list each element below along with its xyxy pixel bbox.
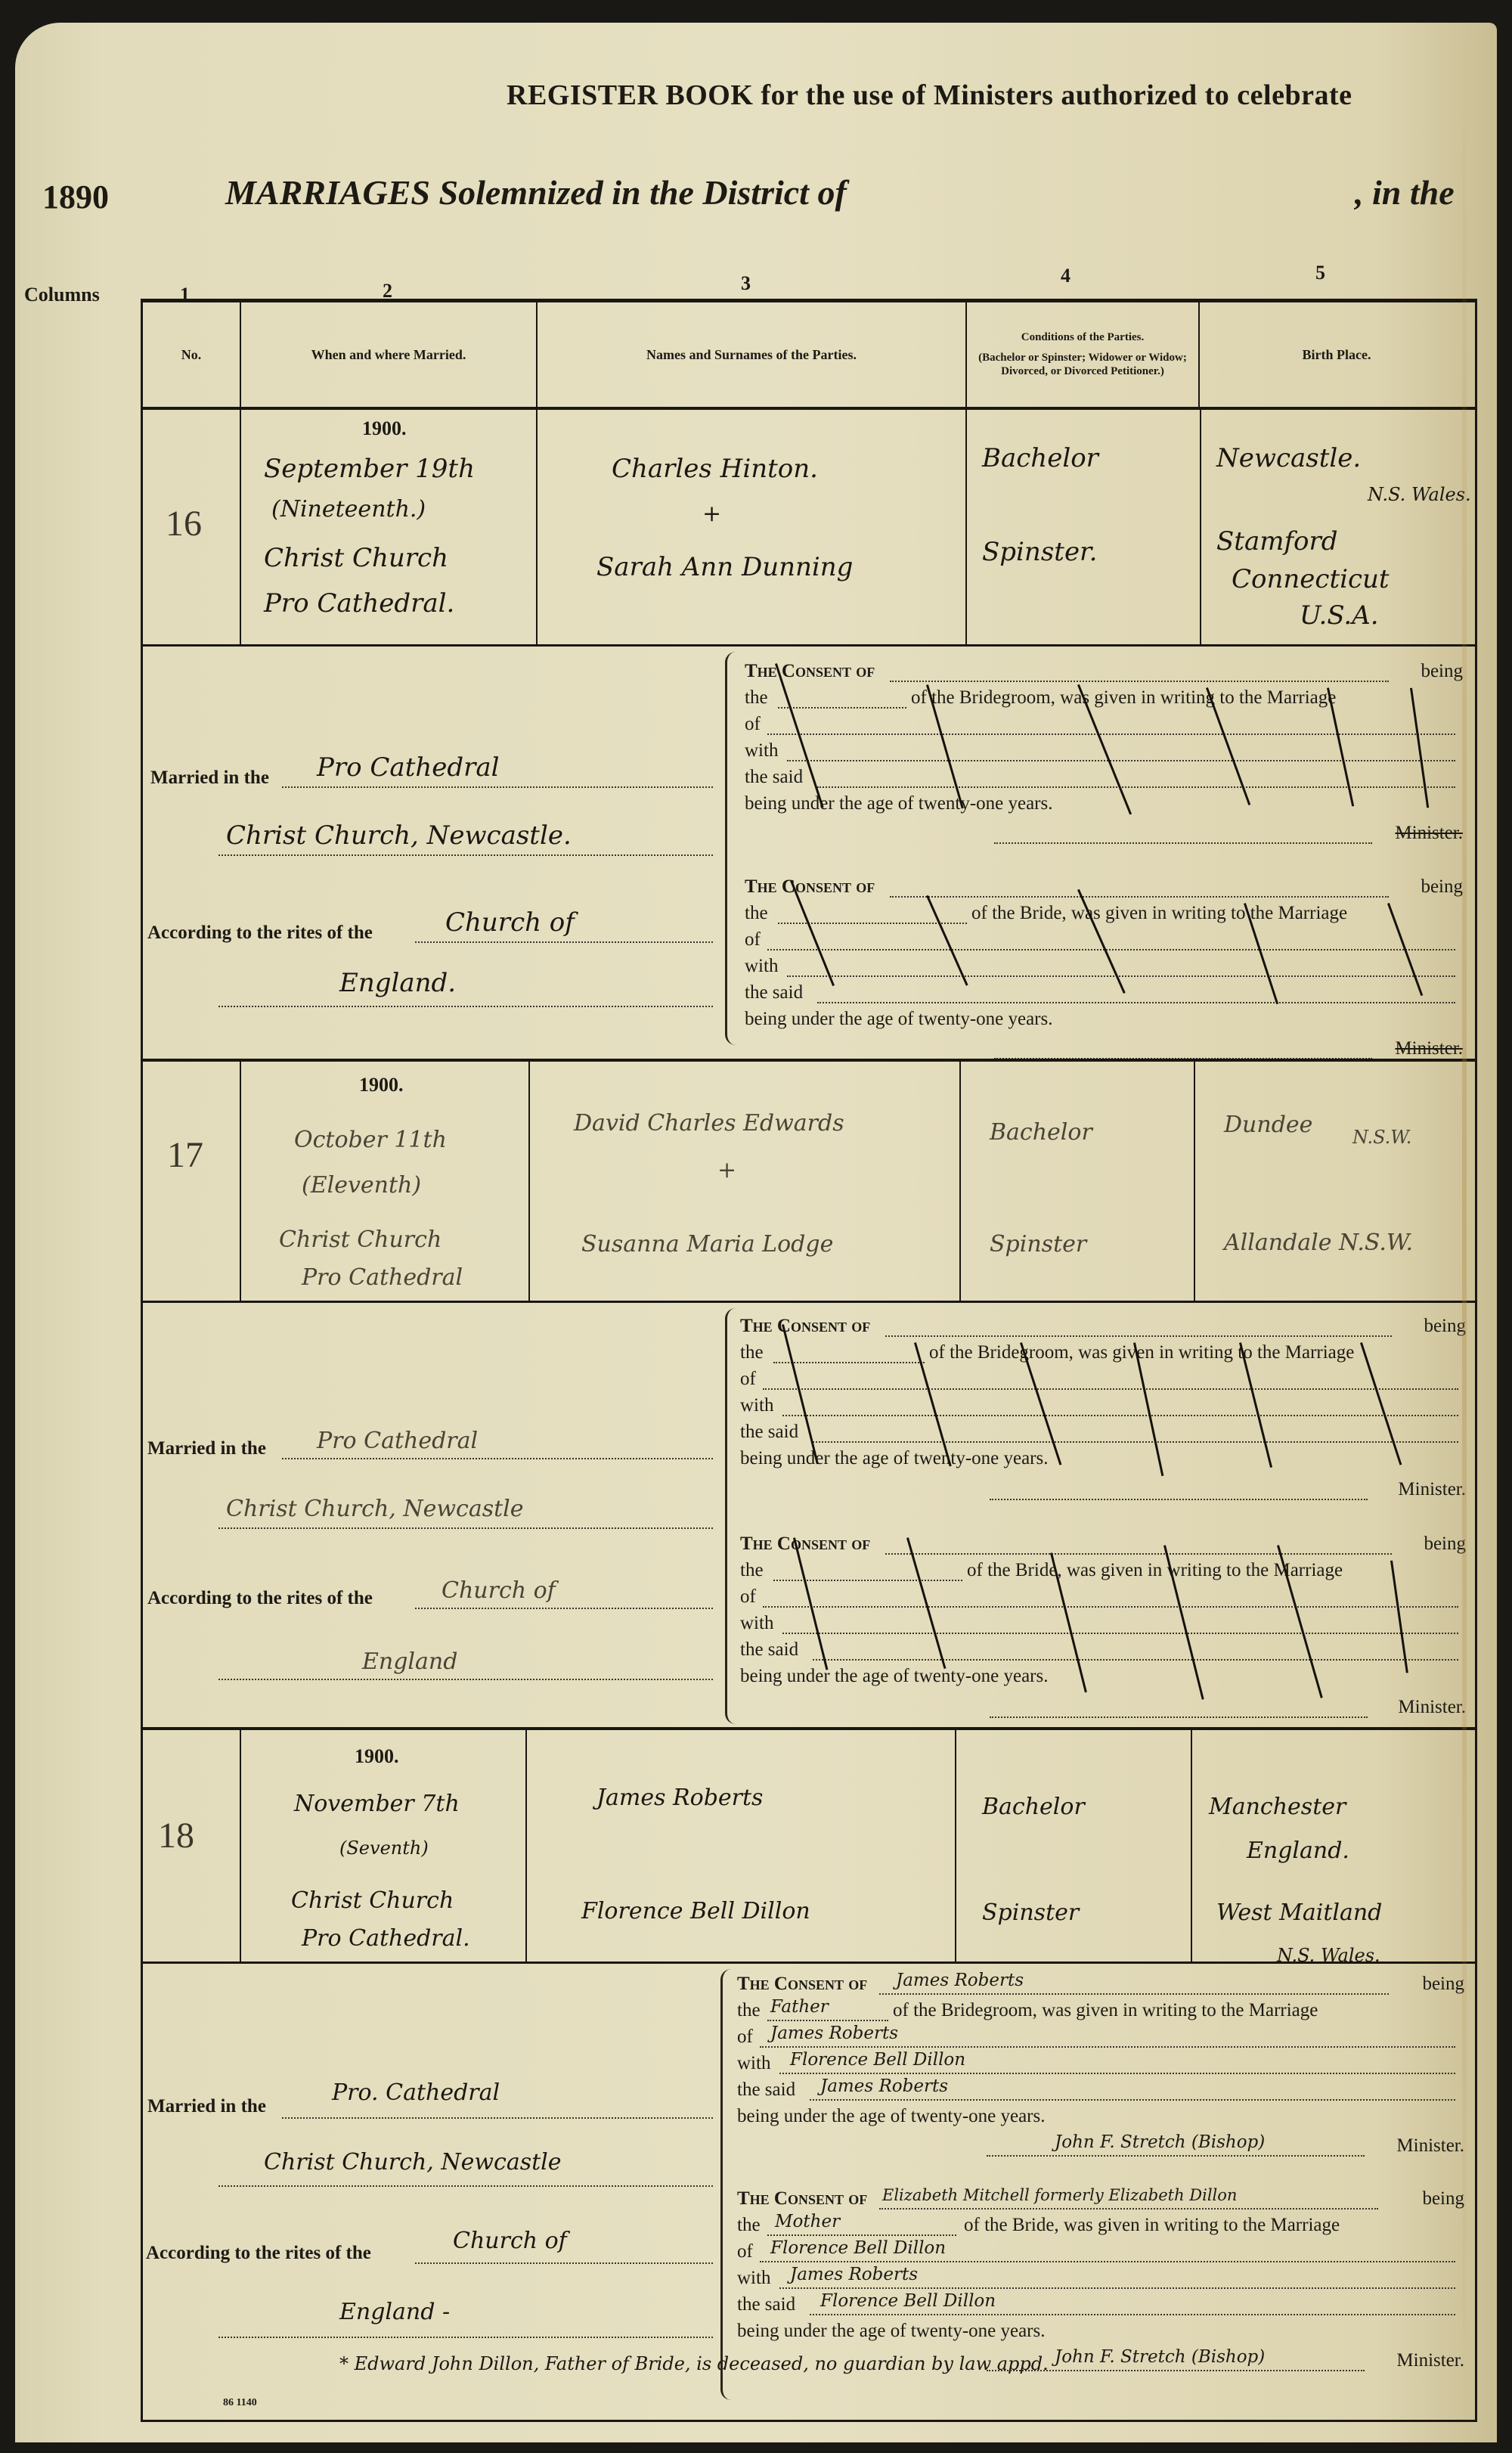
of-label: of [745,929,761,950]
rites-label: According to the rites of the [147,923,373,944]
bride-condition: Spinster. [982,537,1097,567]
consent-the-said: Florence Bell Dillon [820,2288,996,2315]
with-line [787,975,1455,977]
rites-value: Church of [442,1577,556,1604]
being-label: being [1422,2185,1464,2212]
col-divider [955,1730,956,1961]
bride-name: Susanna Maria Lodge [581,1231,833,1258]
the-label: the [740,1342,764,1363]
the-label: the [737,2215,761,2235]
marriage-date-words: (Eleventh) [302,1172,421,1199]
row-divider [143,1961,1475,1964]
bride-birth-place: West Maitland [1216,1899,1382,1926]
married-in-value-line2: Christ Church, Newcastle. [226,820,572,851]
consent-of-label: The Consent of [737,2188,867,2209]
married-in-line2 [218,854,713,856]
the-said-line [817,786,1455,788]
header-birth-place: Birth Place. [1201,302,1472,407]
bride-condition: Spinster [982,1899,1079,1926]
under-age-label: being under the age of twenty-one years. [745,1009,1052,1029]
header-conditions-title: Conditions of the Parties. [1021,330,1145,345]
minister-label: Minister. [1396,2132,1464,2159]
married-in-line [282,1458,713,1459]
bride-name: Sarah Ann Dunning [596,552,853,582]
the-said-label: the said [745,767,803,787]
consent-of-label: The Consent of [740,1534,870,1554]
the-label: the [745,687,768,708]
rites-line2 [218,1679,713,1680]
groom-name: Charles Hinton. [612,454,818,484]
minister-signature: John F. Stretch (Bishop) [1055,2129,1265,2156]
and-mark: + [702,501,721,527]
minister-label: Minister. [1396,2347,1464,2374]
row-divider [143,1301,1475,1303]
rites-value-line2: England [362,1648,457,1675]
minister-label: Minister. [1398,1694,1466,1720]
married-in-value-line2: Christ Church, Newcastle [226,1496,524,1522]
with-label: with [740,1395,773,1416]
groom-consent-block: The Consent ofbeing theof the Bridegroom… [745,658,1463,846]
bride-consent-block: The Consent ofbeing theof the Bride, was… [740,1530,1466,1720]
marriage-date: November 7th [294,1791,460,1817]
under-age-label: being under the age of twenty-one years. [740,1448,1048,1468]
with-line [782,1633,1458,1634]
being-label: being [1424,1313,1466,1339]
and-mark: + [717,1157,736,1183]
groom-consent-block: The Consent ofJames Robertsbeing theFath… [737,1971,1464,2159]
with-label: with [740,1613,773,1633]
marriage-place-line2: Pro Cathedral [302,1264,463,1291]
bride-birth-place: Allandale N.S.W. [1224,1230,1413,1256]
being-label: being [1421,658,1463,684]
married-in-label: Married in the [150,768,269,789]
married-in-line [282,2117,713,2119]
of-bride-label: of the Bride, was given in writing to th… [964,2212,1340,2238]
marriage-place-line2: Pro Cathedral. [302,1925,470,1952]
register-book-title: REGISTER BOOK for the use of Ministers a… [507,79,1352,112]
consent-giver: James Roberts [896,1968,1024,1994]
col-divider [240,408,241,644]
bride-condition: Spinster [990,1231,1086,1258]
married-in-value-line2: Christ Church, Newcastle [264,2149,562,2175]
groom-birth-place: Manchester [1209,1794,1346,1820]
groom-birth-place-region: N.S. Wales. [1368,484,1471,505]
consent-relation: Father [770,1994,829,2020]
under-age-label: being under the age of twenty-one years. [740,1666,1048,1686]
column-number-3: 3 [741,272,751,295]
marriage-register-table: No. When and where Married. Names and Su… [141,299,1477,2422]
married-in-value: Pro Cathedral [317,752,500,783]
groom-consent-block: The Consent ofbeing theof the Bridegroom… [740,1313,1466,1503]
bride-birth-place: Stamford [1216,526,1338,557]
of-label: of [745,714,761,734]
col-divider [525,1730,527,1961]
with-line [782,1415,1458,1416]
consent-line [890,896,1389,898]
with-label: with [745,956,778,976]
minister-line [990,1716,1368,1718]
bride-birth-place-country: U.S.A. [1300,600,1379,631]
rites-value: Church of [445,907,575,938]
groom-name: James Roberts [596,1785,763,1811]
consent-brace [720,1969,732,2400]
consent-brace [725,1308,736,1724]
column-number-4: 4 [1061,265,1070,287]
with-label: with [737,2053,770,2073]
of-line [763,1606,1458,1608]
under-age-label: being under the age of twenty-one years. [737,2106,1045,2126]
the-said-line [813,1659,1458,1661]
groom-name: David Charles Edwards [574,1110,844,1137]
bride-consent-block: The Consent ofbeing theof the Bride, was… [745,873,1463,1062]
entry-year: 1900. [355,1745,399,1768]
entry-year: 1900. [362,417,407,440]
the-said-label: the said [737,2294,795,2315]
consent-of-label: The Consent of [737,1974,867,1994]
of-bridegroom-label: of the Bridegroom, was given in writing … [911,684,1336,711]
marriage-date: October 11th [294,1127,447,1153]
of-label: of [737,2027,753,2047]
of-line [767,949,1455,950]
minister-line [990,1499,1368,1500]
rites-line [415,2262,713,2264]
married-in-line2 [218,2185,713,2187]
consent-marriage-of: Florence Bell Dillon [770,2235,946,2262]
marriage-date-words: (Nineteenth.) [271,496,426,523]
consent-line [885,1335,1392,1337]
rites-label: According to the rites of the [146,2243,371,2264]
marriage-place-line2: Pro Cathedral. [264,588,454,619]
col-divider [959,1062,961,1301]
married-in-label: Married in the [147,2096,266,2117]
of-label: of [737,2241,753,2262]
marriage-place-line1: Christ Church [291,1887,454,1914]
bride-birth-place-region: Connecticut [1232,564,1390,594]
groom-birth-place-region: England. [1247,1837,1349,1864]
col-divider [1194,1062,1195,1301]
consent-line [890,681,1389,682]
groom-condition: Bachelor [990,1119,1092,1146]
consent-marriage-of: James Roberts [770,2020,898,2047]
header-conditions-detail: (Bachelor or Spinster; Widower or Widow;… [971,351,1194,380]
groom-condition: Bachelor [982,1794,1085,1820]
the-said-label: the said [745,982,803,1003]
header-conditions: Conditions of the Parties. (Bachelor or … [967,302,1200,407]
column-number-5: 5 [1315,262,1325,284]
col-divider [1200,408,1201,644]
married-in-label: Married in the [147,1438,266,1459]
marriage-date: September 19th [264,454,475,484]
columns-label: Columns [24,284,100,306]
col-divider [528,1062,530,1301]
col-divider [240,1062,241,1301]
under-age-label: being under the age of twenty-one years. [737,2321,1045,2341]
with-label: with [745,740,778,761]
relation-line [773,1362,925,1363]
bride-consent-block: The Consent ofElizabeth Mitchell formerl… [737,2185,1464,2374]
of-line [767,733,1455,735]
under-age-label: being under the age of twenty-one years. [745,793,1052,814]
being-label: being [1424,1530,1466,1557]
rites-line2 [218,1006,713,1007]
married-in-value: Pro. Cathedral [332,2079,500,2106]
the-label: the [740,1560,764,1580]
entry-divider [143,1059,1475,1062]
consent-of-label: The Consent of [740,1316,870,1336]
page-title-suffix: , in the [1355,172,1455,212]
consent-relation: Mother [775,2209,840,2235]
header-when-where: When and where Married. [241,302,538,407]
row-divider [143,644,1475,647]
entry-divider [143,1727,1475,1730]
consent-brace [725,652,736,1045]
consent-the-said: James Roberts [820,2073,948,2100]
col-divider [240,1730,241,1961]
the-said-label: the said [737,2079,795,2100]
page-title: MARRIAGES Solemnized in the District of [225,172,847,212]
with-label: with [737,2268,770,2288]
printer-mark: 86 1140 [223,2397,257,2409]
being-label: being [1422,1971,1464,1997]
being-label: being [1421,873,1463,900]
married-in-line2 [218,1527,713,1529]
consent-of-label: The Consent of [745,876,875,897]
marriage-place-line1: Christ Church [264,543,448,573]
of-label: of [740,1369,756,1389]
consent-line [885,1553,1392,1555]
of-bridegroom-label: of the Bridegroom, was given in writing … [929,1339,1354,1366]
rites-value-line2: England - [339,2299,450,2325]
year-prefix: 1890 [42,178,109,216]
rites-line [415,941,713,943]
rites-label: According to the rites of the [147,1588,373,1609]
minister-label: Minister. [1398,1476,1466,1503]
minister-label: Minister. [1395,820,1463,846]
consent-giver: Elizabeth Mitchell formerly Elizabeth Di… [882,2182,1237,2209]
groom-birth-place-region: N.S.W. [1352,1127,1411,1148]
marriage-date-words: (Seventh) [339,1837,429,1859]
entry-number: 17 [167,1134,203,1176]
minister-line [994,842,1372,844]
header-divider [143,407,1475,410]
of-bride-label: of the Bride, was given in writing to th… [971,900,1347,926]
married-in-line [282,786,713,788]
the-said-line [817,1002,1455,1003]
col-divider [536,408,538,644]
groom-birth-place: Dundee [1224,1112,1312,1138]
col-divider [965,408,967,644]
rites-value: Church of [453,2228,567,2254]
entry-number: 18 [158,1815,194,1856]
rites-line2 [218,2337,713,2338]
the-said-label: the said [740,1422,798,1442]
of-bridegroom-label: of the Bridegroom, was given in writing … [893,1997,1318,2023]
minister-signature: John F. Stretch (Bishop) [1055,2344,1265,2371]
register-page: REGISTER BOOK for the use of Ministers a… [15,23,1497,2442]
consent-with: Florence Bell Dillon [790,2047,965,2073]
col-divider [1191,1730,1192,1961]
header-names: Names and Surnames of the Parties. [538,302,967,407]
entry-year: 1900. [359,1074,404,1096]
rites-line [415,1608,713,1609]
minister-label: Minister. [1395,1035,1463,1062]
with-line [787,760,1455,761]
consent-of-label: The Consent of [745,661,875,681]
relation-line [773,1580,962,1581]
groom-birth-place: Newcastle. [1216,443,1361,473]
groom-condition: Bachelor [982,443,1098,473]
header-no: No. [143,302,241,407]
bride-name: Florence Bell Dillon [581,1898,810,1924]
of-label: of [740,1586,756,1607]
the-said-label: the said [740,1639,798,1660]
rites-value-line2: England. [339,968,456,998]
of-line [763,1388,1458,1390]
the-label: the [737,2000,761,2020]
the-said-line [813,1441,1458,1443]
married-in-value: Pro Cathedral [317,1428,478,1454]
consent-with: James Roberts [790,2262,918,2288]
entry-number: 16 [166,503,202,544]
the-label: the [745,903,768,923]
relation-line [778,707,906,709]
marriage-place-line1: Christ Church [279,1226,442,1253]
